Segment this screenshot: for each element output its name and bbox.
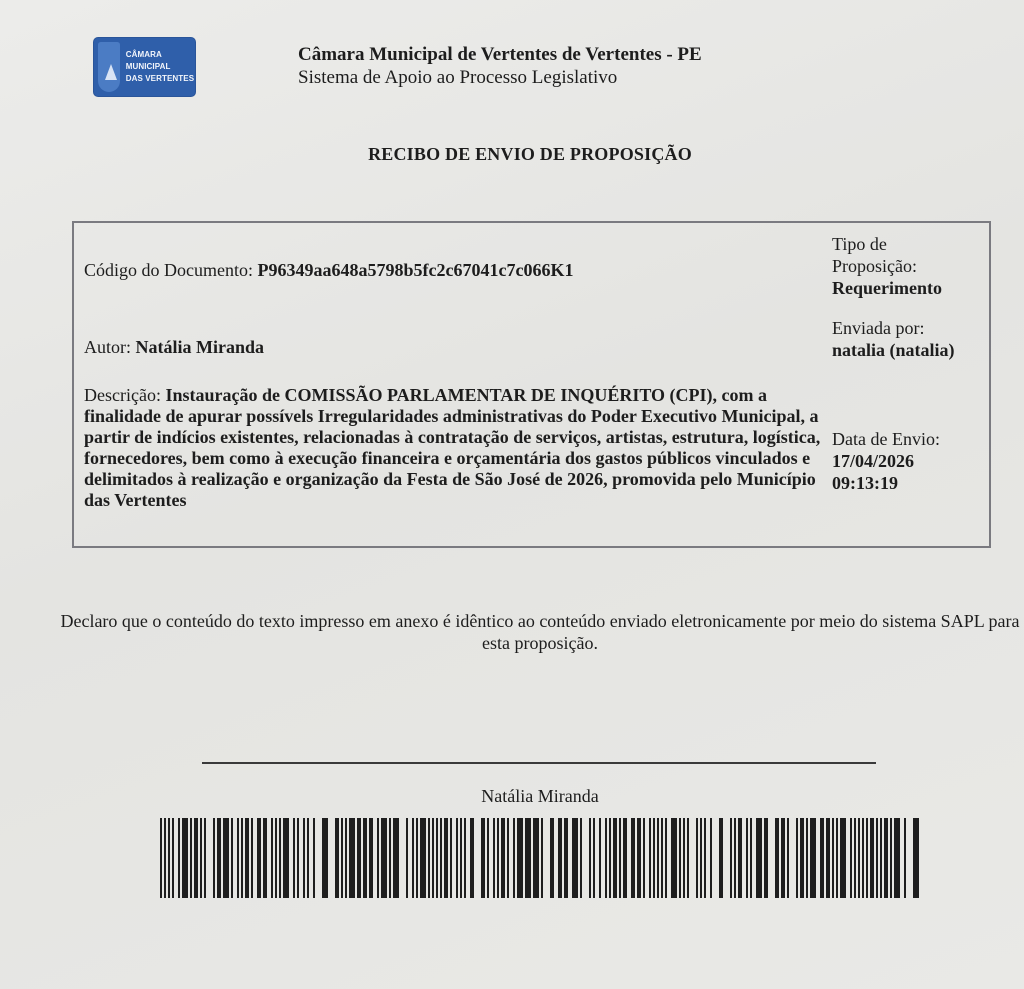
system-name: Sistema de Apoio ao Processo Legislativo	[298, 67, 617, 89]
description-value: Instauração de COMISSÃO PARLAMENTAR DE I…	[84, 385, 820, 510]
description: Descrição: Instauração de COMISSÃO PARLA…	[84, 385, 824, 511]
barcode-icon	[160, 818, 922, 898]
document-code-value: P96349aa648a5798b5fc2c67041c7c066K1	[258, 260, 574, 280]
proposal-type-value: Requerimento	[832, 277, 942, 299]
description-label: Descrição:	[84, 385, 161, 405]
send-date-label: Data de Envio:	[832, 428, 940, 450]
send-date: Data de Envio: 17/04/2026 09:13:19	[832, 428, 940, 494]
proposal-type: Tipo de Proposição: Requerimento	[832, 233, 942, 299]
author-label: Autor:	[84, 337, 131, 357]
signature-name: Natália Miranda	[0, 786, 1024, 807]
sent-by-value: natalia (natalia)	[832, 339, 955, 361]
document-code: Código do Documento: P96349aa648a5798b5f…	[84, 260, 573, 281]
author: Autor: Natália Miranda	[84, 337, 264, 358]
shield-icon	[98, 42, 120, 92]
signature-line	[202, 762, 876, 764]
send-date-value: 17/04/2026	[832, 450, 940, 472]
logo-text: CÂMARA MUNICIPAL DAS VERTENTES	[126, 49, 195, 85]
proposal-type-label-1: Tipo de	[832, 233, 942, 255]
institution-name: Câmara Municipal de Vertentes de Vertent…	[298, 44, 702, 66]
sent-by-label: Enviada por:	[832, 317, 955, 339]
logo-text-line1: CÂMARA MUNICIPAL	[126, 49, 195, 73]
proposal-details-box: Código do Documento: P96349aa648a5798b5f…	[72, 221, 991, 548]
camara-logo: CÂMARA MUNICIPAL DAS VERTENTES	[94, 38, 195, 96]
author-value: Natália Miranda	[136, 337, 265, 357]
proposal-type-label-2: Proposição:	[832, 255, 942, 277]
declaration-text: Declaro que o conteúdo do texto impresso…	[60, 610, 1020, 654]
document-title: RECIBO DE ENVIO DE PROPOSIÇÃO	[0, 144, 1024, 165]
sent-by: Enviada por: natalia (natalia)	[832, 317, 955, 361]
send-time-value: 09:13:19	[832, 472, 940, 494]
document-code-label: Código do Documento:	[84, 260, 253, 280]
logo-text-line2: DAS VERTENTES	[126, 73, 195, 85]
